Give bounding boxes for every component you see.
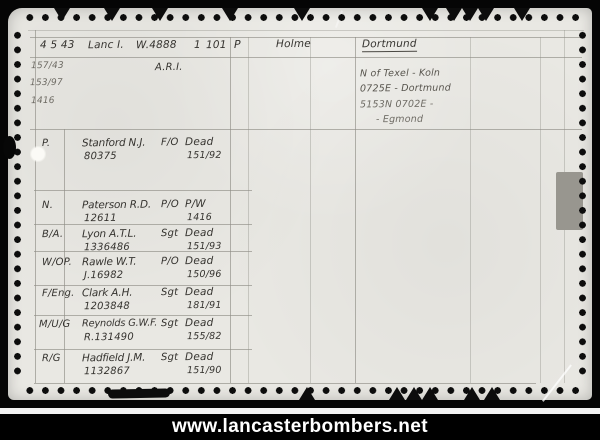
edge-blob [3,136,16,159]
perforation-holes-top [22,11,582,24]
loss-record-card: 4 5 43 Lanc I. W.4888 1 101 P Holme Dort… [8,8,592,400]
crew-service-number: 1336486 [84,242,130,253]
website-url-text: www.lancasterbombers.net [172,416,428,438]
crew-role: R/G [42,353,61,364]
crew-rank: P/O [161,256,179,267]
crew-fate: Dead [185,317,214,329]
equipment-note: A.R.I. [155,62,183,73]
crew-role: W/OP. [42,257,72,268]
crew-name: Hadfield J.M. [82,352,145,365]
crew-rank: Sgt [161,287,178,298]
target-name: Dortmund [362,38,417,53]
crew-row-flight-engineer: F/Eng. Clark A.H. Sgt Dead 1203848 181/9… [34,286,256,318]
crew-role: N. [42,200,53,211]
crew-row-navigator: N. Paterson R.D. P/O P/W 12611 1416 [34,198,256,230]
crew-service-number: R.131490 [84,332,134,344]
crew-fate: Dead [185,286,214,298]
crew-name: Stanford N.J. [82,137,145,150]
rule-line [34,190,252,191]
aircraft-letter: P [234,38,241,51]
crew-ref: 181/91 [187,300,222,311]
squadron-number: 101 [206,39,227,51]
crew-name: Lyon A.T.L. [82,228,136,241]
crew-role: F/Eng. [42,288,75,299]
website-banner: www.lancasterbombers.net [0,414,600,440]
target-note: 0725E - Dortmund [360,83,451,95]
crew-rank: F/O [161,137,179,148]
crew-role: M/U/G [39,319,71,330]
crew-row-rear-gunner: R/G Hadfield J.M. Sgt Dead 1132867 151/9… [34,351,256,383]
rule-line [540,37,541,383]
date-field: 4 5 43 [40,39,75,51]
group-number: 1 [194,39,201,51]
perforation-holes-left [11,28,24,380]
crew-service-number: 12611 [84,213,117,224]
crew-rank: P/O [161,199,179,210]
target-note: - Egmond [376,114,423,125]
margin-ref: 153/97 [30,78,63,88]
crew-ref: 1416 [187,212,212,223]
crew-fate: Dead [185,136,214,148]
rule-line [355,37,356,383]
crew-rank: Sgt [161,228,178,239]
crew-service-number: J.16982 [84,270,123,281]
margin-ref: 1416 [31,96,55,106]
rule-line [310,37,311,383]
crew-service-number: 1203848 [84,301,130,312]
crew-fate: Dead [185,351,214,363]
crew-service-number: 80375 [84,151,117,162]
crew-ref: 151/90 [187,365,222,376]
rule-line [34,349,252,350]
crew-row-pilot: P. Stanford N.J. F/O Dead 80375 151/92 [34,136,256,168]
rule-line [30,129,582,130]
crew-ref: 155/82 [187,331,222,342]
serial-number: W.4888 [136,39,177,51]
crew-rank: Sgt [161,318,178,329]
aircraft-type: Lanc I. [88,39,124,51]
crew-fate: Dead [185,227,214,239]
rule-line [28,30,584,31]
crew-name: Paterson R.D. [82,199,151,212]
crew-role: B/A. [42,229,63,240]
perforation-holes-bottom [22,384,582,397]
crew-fate: Dead [185,255,214,267]
crew-row-wireless-operator: W/OP. Rawle W.T. P/O Dead J.16982 150/96 [34,255,256,287]
crew-ref: 151/93 [187,241,222,252]
crew-ref: 151/92 [187,150,222,161]
crew-name: Rawle W.T. [82,256,137,269]
target-note: 5153N 0702E - [360,99,434,111]
crew-row-mid-upper-gunner: M/U/G Reynolds G.W.F. Sgt Dead R.131490 … [34,317,256,349]
target-note: N of Texel - Koln [360,68,440,80]
rule-line [470,37,471,383]
station-name: Holme [276,38,311,50]
crew-ref: 150/96 [187,269,222,280]
rule-line [30,57,582,58]
crew-name: Reynolds G.W.F. [82,318,157,330]
crew-fate: P/W [185,198,206,210]
crew-role: P. [42,138,50,149]
scanned-photo: 4 5 43 Lanc I. W.4888 1 101 P Holme Dort… [0,0,600,440]
margin-ref: 157/43 [31,61,64,71]
crew-name: Clark A.H. [82,287,132,300]
crew-service-number: 1132867 [84,366,130,377]
perforation-holes-right [576,28,589,380]
crew-rank: Sgt [161,352,178,363]
